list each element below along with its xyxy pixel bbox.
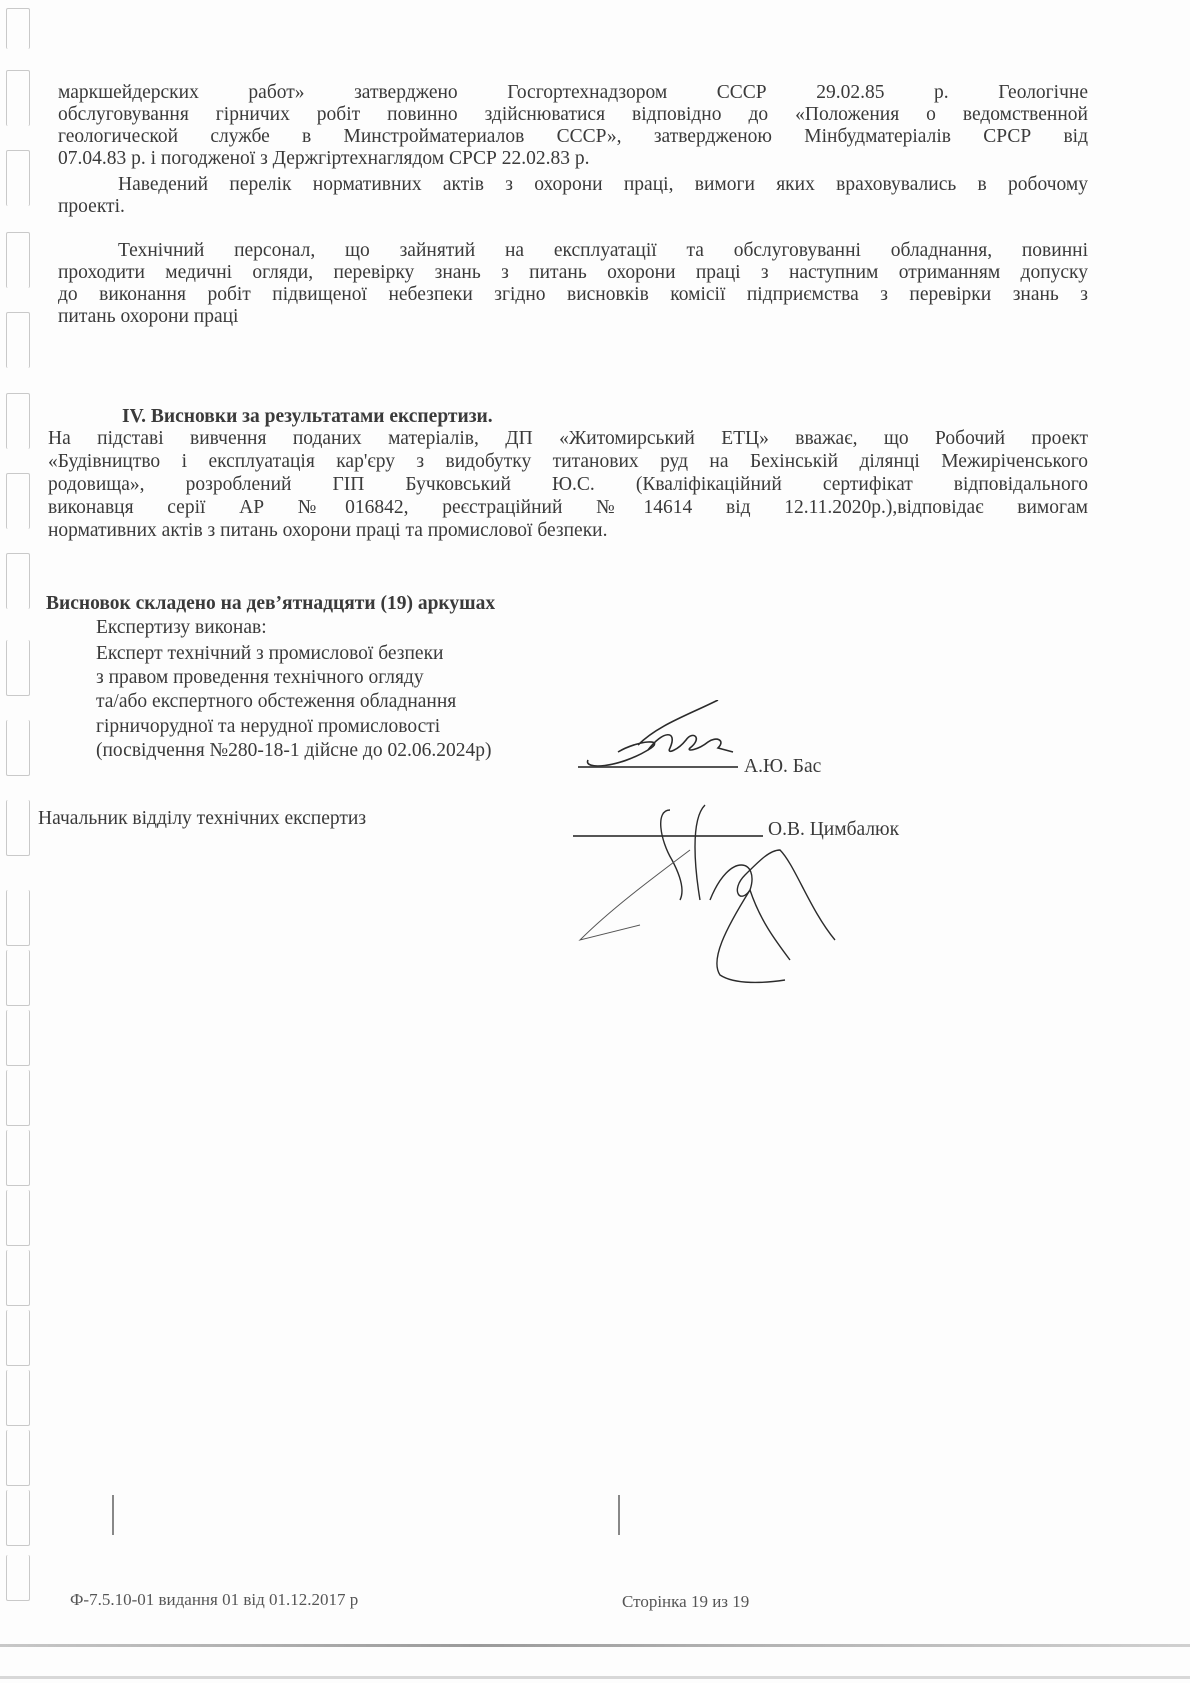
paragraph-1-line: маркшейдерских работ» затверджено Госгор… (58, 82, 1088, 104)
expert-block-line: Експерт технічний з промислової безпеки (96, 643, 596, 665)
section-heading: IV. Висновки за результатами експертизи. (122, 406, 722, 428)
conclusion-line: На підставі вивчення поданих матеріалів,… (48, 428, 1088, 450)
conclusion-line: родовища», розроблений ГІП Бучковський Ю… (48, 474, 1088, 496)
binder-hole-mark (6, 393, 30, 449)
paragraph-3-line: питань охорони праці (58, 306, 1088, 328)
paragraph-3-line: проходити медичні огляди, перевірку знан… (58, 262, 1088, 284)
pages-statement: Висновок складено на дев’ятнадцяти (19) … (46, 593, 746, 615)
scan-artifact (112, 1495, 114, 1535)
scan-edge-line (0, 1644, 1190, 1647)
binder-hole-mark (6, 70, 30, 126)
binder-hole-mark (6, 1250, 30, 1306)
expert-name: А.Ю. Бас (744, 756, 944, 778)
paragraph-3-line: Технічний персонал, що зайнятий на експл… (58, 240, 1088, 262)
binder-hole-mark (6, 720, 30, 776)
paragraph-1-line: обслуговування гірничих робіт повинно зд… (58, 104, 1088, 126)
binder-hole-mark (6, 1370, 30, 1426)
conclusion-line: виконавця серії АР №016842, реєстраційни… (48, 497, 1088, 519)
head-title: Начальник відділу технічних експертиз (38, 808, 538, 830)
binder-hole-mark (6, 950, 30, 1006)
conclusion-line: «Будівництво і експлуатація кар'єру з ви… (48, 451, 1088, 473)
binder-hole-mark (6, 312, 30, 368)
paragraph-2-line: Наведений перелік нормативних актів з ох… (58, 174, 1088, 196)
paragraph-3-line: до виконання робіт підвищеної небезпеки … (58, 284, 1088, 306)
scan-artifact (618, 1495, 620, 1535)
binder-hole-mark (6, 800, 30, 856)
footer-page-number: Сторінка 19 из 19 (622, 1592, 749, 1612)
binder-hole-mark (6, 1430, 30, 1486)
paragraph-2-line: проекті. (58, 196, 1088, 218)
conclusion-line: нормативних актів з питань охорони праці… (48, 520, 848, 542)
binder-hole-mark (6, 640, 30, 696)
binder-hole-mark (6, 232, 30, 288)
binder-hole-mark (6, 1555, 30, 1601)
binder-hole-mark (6, 1130, 30, 1186)
head-signature (560, 790, 860, 990)
binder-hole-mark (6, 553, 30, 609)
binder-hole-mark (6, 1070, 30, 1126)
binder-hole-mark (6, 150, 30, 206)
binder-hole-mark (6, 1190, 30, 1246)
binder-hole-mark (6, 890, 30, 946)
expert-block-line: з правом проведення технічного огляду (96, 667, 596, 689)
binder-hole-mark (6, 473, 30, 529)
expert-block-line: та/або експертного обстеження обладнання (96, 691, 596, 713)
expert-block-line: гірничорудної та нерудної промисловості (96, 716, 596, 738)
paragraph-1-line: геологической службе в Минстройматериало… (58, 126, 1088, 148)
footer-form-code: Ф-7.5.10-01 видання 01 від 01.12.2017 р (70, 1590, 358, 1610)
binder-hole-mark (6, 1490, 30, 1546)
document-page: маркшейдерских работ» затверджено Госгор… (0, 0, 1190, 1683)
expert-block-line: Експертизу виконав: (96, 617, 596, 639)
paragraph-1-line: 07.04.83 р. і погодженої з Держгіртехнаг… (58, 148, 1088, 170)
binder-hole-mark (6, 8, 30, 49)
scan-edge-line (0, 1676, 1190, 1679)
binder-hole-mark (6, 1010, 30, 1066)
expert-signature (578, 700, 768, 780)
binder-hole-mark (6, 1310, 30, 1366)
expert-block-line: (посвідчення №280-18-1 дійсне до 02.06.2… (96, 740, 596, 762)
